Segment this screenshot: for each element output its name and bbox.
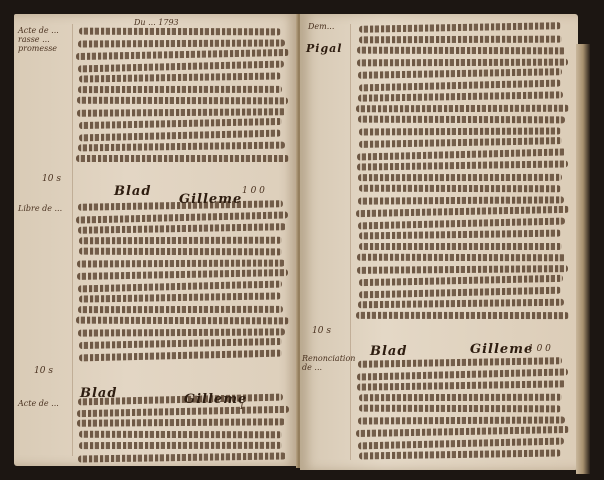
handwriting-line [76,211,288,223]
handwriting-line [78,452,286,462]
handwriting-line [78,328,285,336]
handwriting-line [358,116,565,124]
handwriting-line [79,442,282,449]
handwriting-line [356,426,569,437]
margin-rule [350,24,351,460]
handwriting-line [358,68,562,79]
handwriting-line [358,437,564,449]
signature: Gilleme [184,392,247,407]
handwriting-line [358,275,562,286]
handwriting-line [78,85,282,92]
margin-note: Dem... [308,22,348,31]
amount: 10 s [34,366,53,376]
handwriting-line [358,91,564,101]
handwriting-line [78,60,284,72]
handwriting-line [77,418,285,426]
handwriting-line [359,22,562,33]
handwriting-line [357,148,566,160]
margin-note: Renonciation de ... [302,354,350,372]
margin-note: Libre de ... [18,204,70,213]
handwriting-line [79,236,282,244]
signature: Blad [80,386,117,401]
handwriting-line [79,430,282,438]
handwriting-line [356,311,569,318]
handwriting-line [357,265,568,274]
handwriting-line [357,47,566,55]
handwriting-line [78,39,285,47]
handwriting-line [359,242,562,249]
handwriting-line [79,118,282,129]
handwriting-line [77,269,288,280]
handwriting-line [76,49,289,60]
margin-note: Acte de ... rasse ... promesse [18,26,70,53]
handwriting-line [357,160,568,170]
handwriting-line [359,185,561,193]
handwriting-line [359,127,561,135]
handwriting-line [358,196,564,204]
left-page: Acte de ... rasse ... promesse Libre de … [14,14,298,466]
handwriting-line [359,286,561,298]
handwriting-line [359,450,561,460]
handwriting-line [79,129,281,141]
handwriting-line [78,223,286,234]
handwriting-line [78,305,283,312]
handwriting-line [356,104,569,112]
signature: Gilleme [470,342,533,357]
amount: 1 0 0 [242,186,265,196]
signature: Gilleme [179,192,242,207]
handwriting-line [357,58,568,66]
handwriting-line [359,405,561,413]
right-page: Dem... Renonciation de ... 10 s 1 0 0 Pi… [300,14,578,470]
handwriting-line [359,230,561,240]
handwriting-line [358,299,564,308]
handwriting-line [358,416,565,424]
handwriting-line [77,259,285,267]
handwriting-line [359,79,561,91]
margin-rule [72,24,73,456]
handwriting-line [77,97,288,105]
manuscript-book: Acte de ... rasse ... promesse Libre de … [0,0,604,480]
handwriting-line [78,280,283,292]
handwriting-line [79,248,282,256]
handwriting-line [359,35,562,43]
handwriting-line [79,292,281,302]
handwriting-line [358,217,565,229]
handwriting-line [358,173,562,180]
signature: Blad [370,344,407,359]
handwriting-line [79,73,281,83]
handwriting-line [78,142,285,152]
handwriting-line [356,206,569,217]
handwriting-line [76,317,289,325]
handwriting-line [77,405,289,416]
handwriting-line [357,380,566,390]
handwriting-line [76,154,289,161]
handwriting-line [77,108,286,116]
page-header: Du ... 1793 [134,18,179,27]
handwriting-line [359,393,562,400]
amount: 10 s [312,326,331,336]
signature: Blad [114,184,151,199]
handwriting-line [79,338,282,349]
handwriting-line [359,137,562,148]
page-edges [576,44,590,474]
amount: 10 s [42,174,61,184]
handwriting-line [357,368,568,380]
handwriting-line [79,349,282,361]
handwriting-line [79,28,281,36]
handwriting-line [357,254,566,262]
margin-note: Acte de ... [18,399,70,408]
signature: Pigal [306,42,342,55]
